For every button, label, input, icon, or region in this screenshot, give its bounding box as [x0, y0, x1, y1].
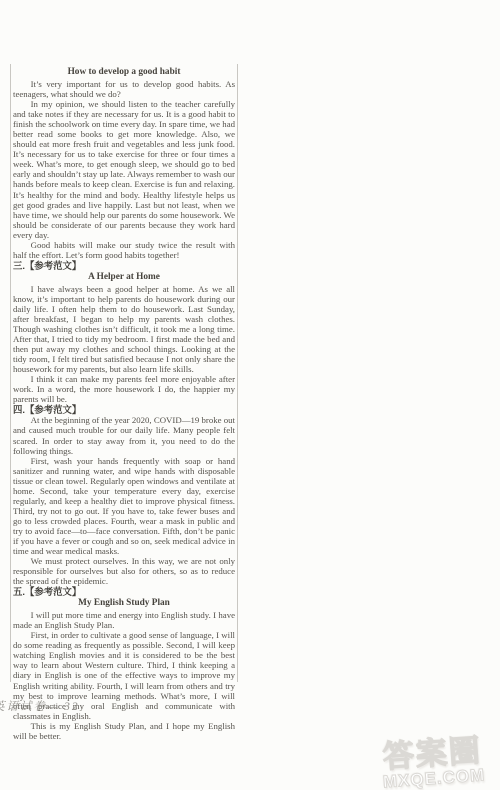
paragraph: At the beginning of the year 2020, COVID…	[13, 415, 235, 455]
section-label-4: 四.【参考范文】	[13, 404, 235, 415]
paragraph: Good habits will make our study twice th…	[13, 240, 235, 260]
answer-column: How to develop a good habit It’s very im…	[13, 66, 235, 741]
essay-title-good-habit: How to develop a good habit	[13, 67, 235, 78]
paragraph: I think it can make my parents feel more…	[13, 374, 235, 404]
section-label-5: 五.【参考范文】	[13, 586, 235, 597]
essay-title-english-study-plan: My English Study Plan	[13, 598, 235, 609]
paragraph: I will put more time and energy into Eng…	[13, 610, 235, 630]
watermark: 答案圈 MXQE.COM	[366, 734, 499, 790]
paragraph: We must protect ourselves. In this way, …	[13, 556, 235, 586]
paragraph: First, wash your hands frequently with s…	[13, 456, 235, 556]
scanned-answer-page: { "document": { "footer": "英语试卷— 32", "w…	[0, 0, 500, 790]
column-rule-right	[237, 64, 238, 682]
section-label-3: 三.【参考范文】	[13, 260, 235, 271]
paragraph: It’s very important for us to develop go…	[13, 79, 235, 99]
paragraph: I have always been a good helper at home…	[13, 284, 235, 374]
page-footer: 英语试卷— 32	[0, 698, 80, 714]
essay-title-helper-at-home: A Helper at Home	[13, 272, 235, 283]
paragraph: In my opinion, we should listen to the t…	[13, 99, 235, 240]
paragraph: This is my English Study Plan, and I hop…	[13, 721, 235, 741]
column-rule-left	[10, 64, 11, 682]
